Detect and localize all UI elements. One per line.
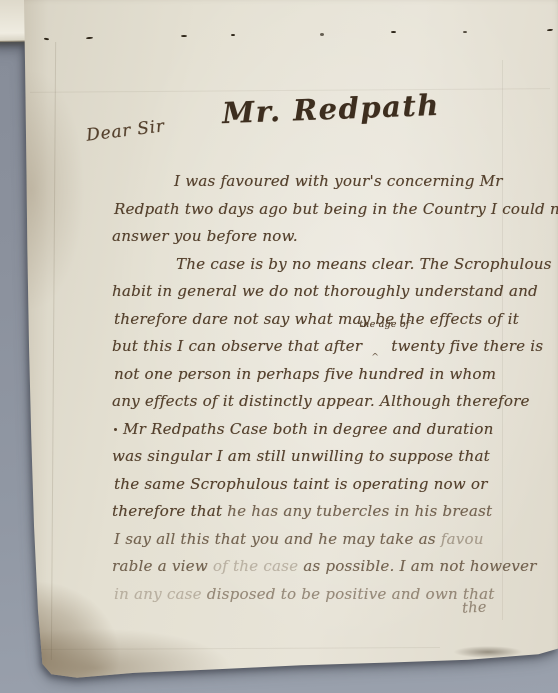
- ink-speck: [231, 34, 235, 36]
- line-text-faded: favou: [441, 530, 484, 548]
- letter-line: habit in general we do not thoroughly un…: [112, 278, 542, 306]
- ink-speck: [320, 33, 324, 36]
- line-text: as possible. I am not however: [303, 557, 536, 575]
- letter-line: Mr Redpaths Case both in degree and dura…: [114, 416, 542, 444]
- ink-speck: [181, 35, 187, 37]
- letter-line: I say all this that you and he may take …: [114, 526, 542, 554]
- letter-line: the same Scrophulous taint is operating …: [114, 471, 542, 499]
- interlinear-insertion: the age of: [359, 311, 409, 339]
- letter-line: therefore thathe has any tubercles in hi…: [112, 498, 542, 526]
- letter-line: I was favoured with your's concerning Mr: [112, 168, 542, 196]
- insertion-mark: the age of^: [367, 336, 391, 351]
- line-text: but this I can observe that after: [112, 337, 362, 355]
- line-text: therefore that: [112, 502, 222, 520]
- manuscript-photo: Mr. Redpath Dear Sir I was favoured with…: [0, 0, 558, 693]
- letter-line: answer you before now.: [112, 223, 542, 251]
- line-text-faded: in any case: [114, 585, 202, 603]
- letter-body: I was favoured with your's concerning Mr…: [112, 168, 542, 608]
- letter-line: rable a viewof the caseas possible. I am…: [112, 553, 542, 581]
- line-text: twenty five there is: [391, 337, 543, 355]
- line-text-faded: he has any tubercles in his breast: [227, 502, 492, 520]
- paper-crease-horizontal: [40, 647, 440, 650]
- letter-heading: Mr. Redpath: [221, 88, 440, 130]
- caret-mark: ^: [371, 345, 379, 373]
- ink-speck: [391, 31, 396, 33]
- salutation: Dear Sir: [85, 116, 166, 145]
- letter-line: Redpath two days ago but being in the Co…: [114, 196, 542, 224]
- letter-line: was singular I am still unwilling to sup…: [112, 443, 542, 471]
- photo-backdrop: Mr. Redpath Dear Sir I was favoured with…: [0, 0, 558, 693]
- letter-line: not one person in perhaps five hundred i…: [114, 361, 542, 389]
- letter-line: The case is by no means clear. The Scrop…: [114, 251, 542, 279]
- line-text: Mr Redpaths Case both in degree and dura…: [123, 420, 494, 438]
- ink-speck: [463, 31, 467, 33]
- ink-dot: [114, 428, 117, 431]
- paper-crease-horizontal: [30, 88, 550, 93]
- paper-sheet: Mr. Redpath Dear Sir I was favoured with…: [0, 0, 558, 693]
- letter-line: therefore dare not say what may be the e…: [114, 306, 542, 334]
- line-text-faded: of the case: [213, 557, 298, 575]
- paper-crease-vertical: [51, 42, 56, 660]
- catchword: the: [462, 599, 487, 616]
- letter-line: any effects of it distinctly appear. Alt…: [112, 388, 542, 416]
- letter-line-with-insertion: but this I can observe that afterthe age…: [112, 333, 542, 361]
- line-text: I say all this that you and he may take …: [114, 530, 436, 548]
- line-text: disposed to be positive and own that: [207, 585, 495, 603]
- line-text: rable a view: [112, 557, 208, 575]
